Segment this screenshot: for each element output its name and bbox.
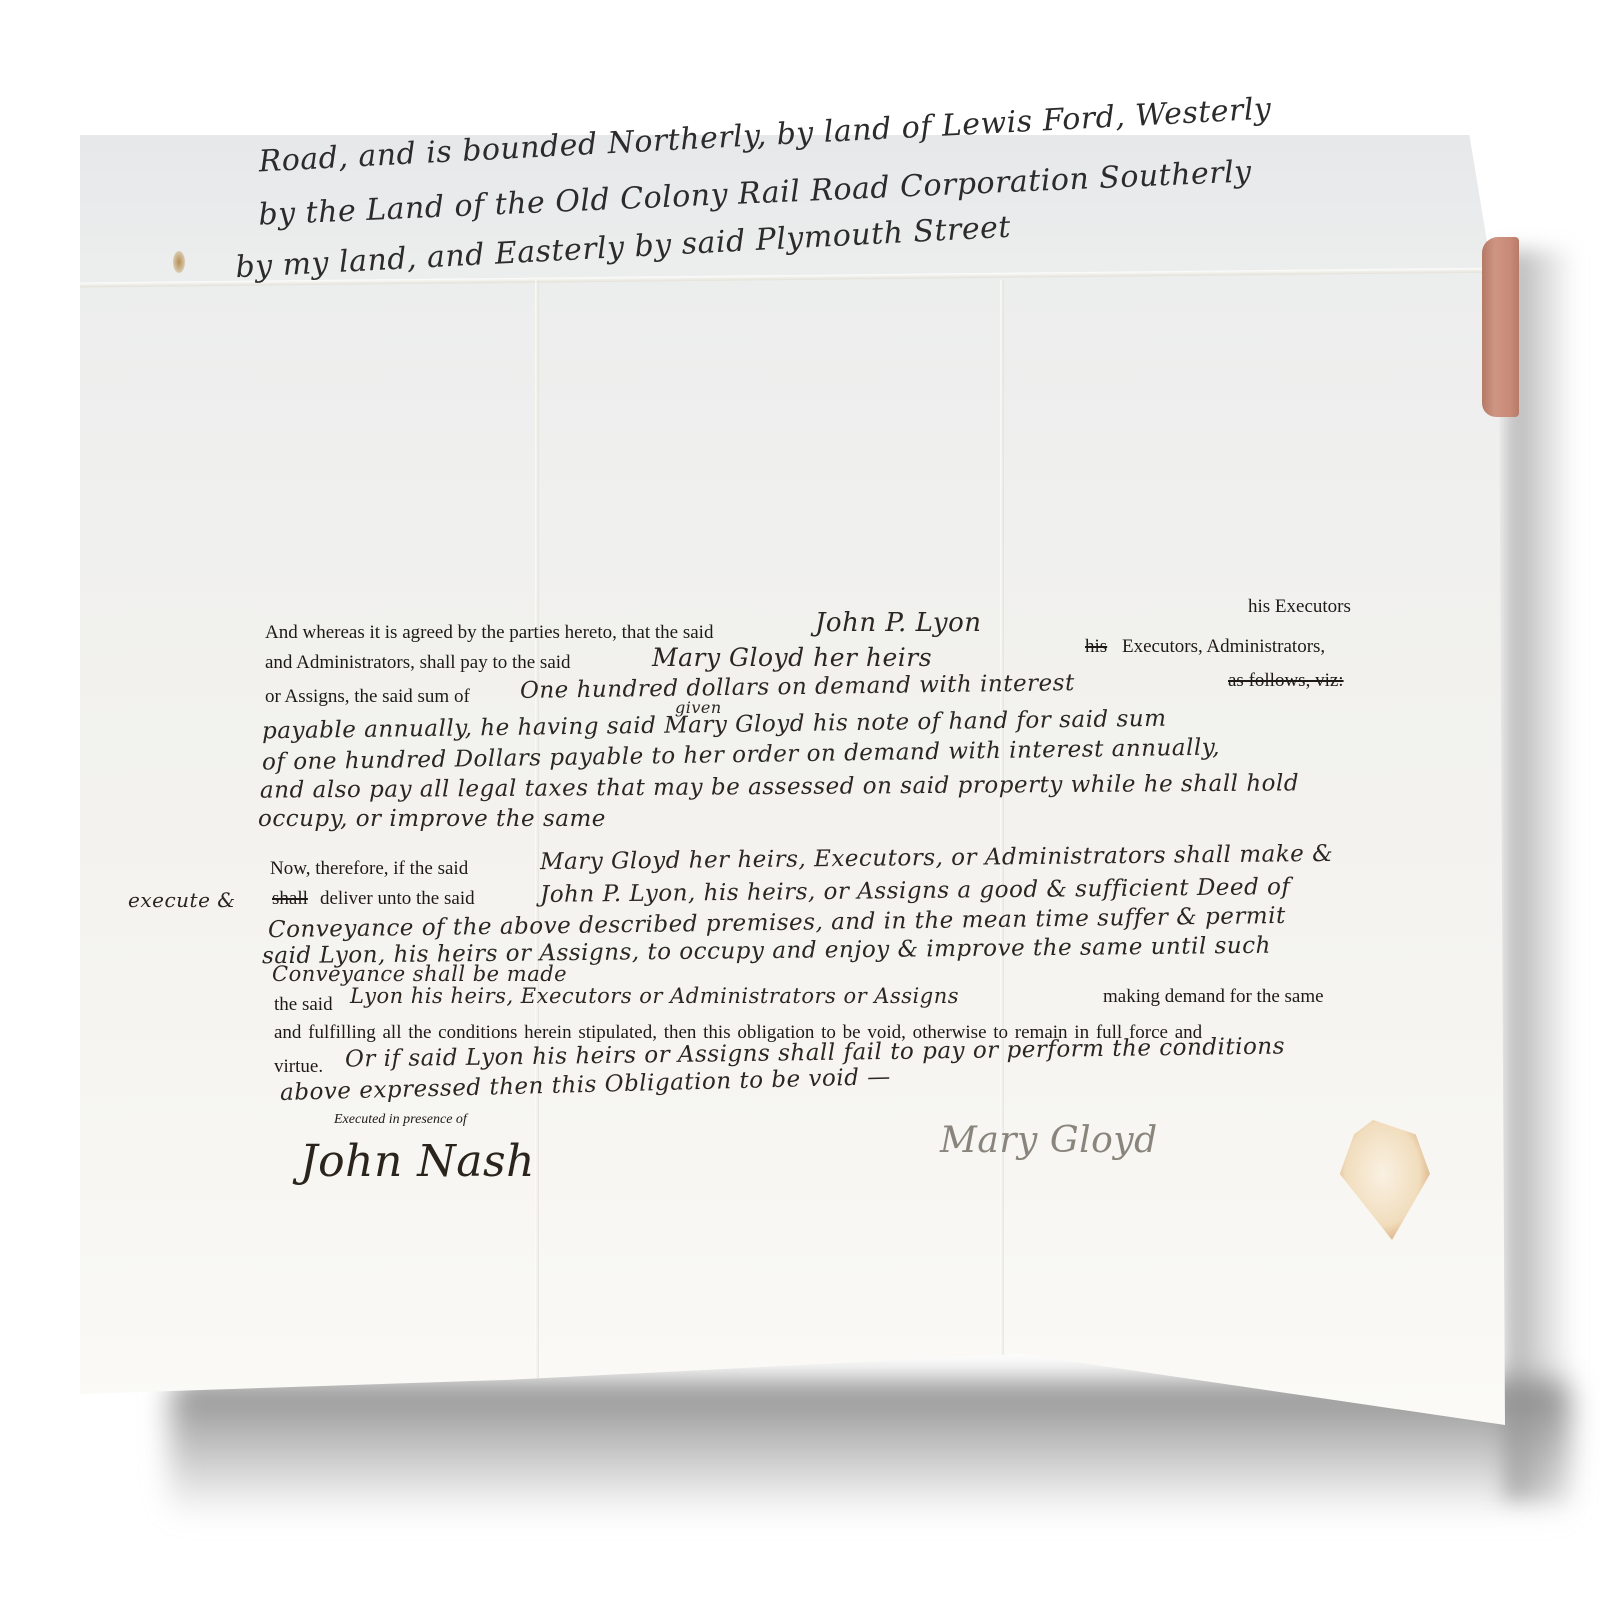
printed-text: And whereas it is agreed by the parties … (265, 622, 713, 644)
printed-text: Now, therefore, if the said (270, 858, 468, 880)
struck-text: shall (272, 888, 308, 910)
paper-shadow-right (1505, 250, 1575, 1500)
struck-text: his (1085, 636, 1107, 658)
struck-text: as follows, viz: (1228, 670, 1344, 692)
printed-text: the said (274, 994, 333, 1016)
handwritten-line: occupy, or improve the same (258, 806, 606, 832)
printed-text: making demand for the same (1103, 986, 1324, 1008)
printed-text: his Executors (1248, 596, 1351, 618)
fold-line (535, 280, 539, 1425)
wax-seal-remnant (1335, 1120, 1430, 1240)
printed-text: or Assigns, the said sum of (265, 686, 470, 708)
handwritten-line: Conveyance shall be made (272, 962, 567, 986)
margin-note: execute & (128, 888, 236, 912)
party-name: Mary Gloyd her heirs (652, 643, 932, 672)
printed-text: and Administrators, shall pay to the sai… (265, 652, 571, 674)
printed-text: Executors, Administrators, (1122, 636, 1325, 658)
document-photo: Road, and is bounded Northerly, by land … (0, 0, 1600, 1600)
printed-text: deliver unto the said (320, 888, 475, 910)
party-name: John P. Lyon (815, 608, 981, 638)
execution-label: Executed in presence of (334, 1112, 467, 1128)
printed-text: virtue. (274, 1056, 323, 1078)
holding-thumb (1482, 237, 1519, 417)
witness-signature: John Nash (300, 1136, 535, 1187)
foxing-stain (173, 251, 185, 273)
handwritten-line: Lyon his heirs, Executors or Administrat… (350, 984, 959, 1008)
party-signature: Mary Gloyd (940, 1120, 1158, 1161)
